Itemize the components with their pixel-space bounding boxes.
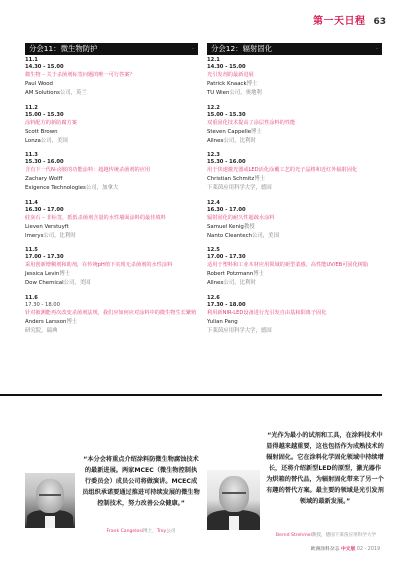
talk-number: 11.5 (25, 247, 198, 254)
talk-title: 含有下一代N-卤胺的功能涂料：超越传统杀菌剂的应用 (25, 166, 198, 175)
talk-number: 11.4 (25, 200, 198, 207)
org-location: 公司，比利时 (224, 138, 256, 144)
org-location: 下莱茵应用科学大学，德国 (207, 328, 272, 334)
talk-number: 11.6 (25, 295, 198, 302)
page-footer: 欧洲涂料杂志 中文版 02 - 2019 (311, 545, 380, 552)
talk-speaker: Scott Brown (25, 128, 198, 137)
photo-glasses (39, 494, 61, 496)
page-header: 第一天日程 63 (313, 12, 386, 27)
session-title-bar: 分会11：微生物防护 - (25, 43, 198, 55)
talk-title: 辐射固化的耐久性超疏水涂料 (207, 214, 382, 223)
talk-title: 适用于塑料和工业木材应用领域的新型柔感，高性能UV/EB可固化树脂 (207, 261, 382, 270)
talk-item: 12.1 14.30 - 15.00 光引发剂的最新进展 Patrick Kna… (207, 57, 382, 98)
talk-org: TU Wien公司，奥地利 (207, 89, 382, 98)
talk-time: 15.00 - 15.30 (25, 112, 198, 119)
org-location: 公司，英兰 (60, 90, 87, 96)
author-org-suffix: 公司 (166, 529, 175, 534)
talk-speaker: Lieven Verstuyft (25, 223, 198, 232)
speaker-title: 博士 (247, 81, 258, 87)
org-location: 公司，比利时 (224, 280, 256, 286)
talk-title: 双重固化技术提高了涂层性涂料的性能 (207, 119, 382, 128)
talk-number: 12.3 (207, 152, 382, 159)
talk-org: Lonza公司，美国 (25, 137, 198, 146)
talk-time: 14.30 - 15.00 (207, 64, 382, 71)
author-org: Troy (157, 529, 166, 534)
photo-shirt (229, 516, 239, 530)
speaker-name: Christian Schmitz (207, 176, 254, 182)
talk-title: 硅灰石 – 非标签，抵低杀菌剂含量的水性墙面涂料的最佳填料 (25, 214, 198, 223)
org-name: Nanto Cleantech (207, 233, 252, 239)
org-name: Lonza (25, 138, 41, 144)
speaker-title: 教授 (244, 224, 255, 230)
org-location: 公司，加拿大 (86, 185, 118, 191)
publication-name: 欧洲涂料杂志 (311, 547, 340, 552)
talk-speaker: Jessica Levin博士 (25, 270, 198, 279)
quote-text-strehmel: “光作为最小的试剂和工具，在涂料技术中显得越来越重要，这也包括作为成熟技术的辐射… (266, 430, 384, 507)
talk-speaker: Steven Cappelle博士 (207, 128, 382, 137)
talk-item: 12.4 16.30 - 17.00 辐射固化的耐久性超疏水涂料 Samuel … (207, 200, 382, 241)
author-name: Frank Cangelosi (107, 529, 143, 534)
org-location: 下莱茵应用科学大学，德国 (207, 185, 272, 191)
session-11-column: 分会11：微生物防护 - 11.1 14.30 - 15.00 微生物 – 关于… (25, 43, 198, 342)
talk-title: 光引发剂的最新进展 (207, 71, 382, 80)
speaker-name: Robert Potzmann (207, 271, 253, 277)
talk-time: 16.30 - 17.00 (207, 207, 382, 214)
speaker-name: Paul Wood (25, 81, 53, 87)
talk-title: 采用创新增稠剂和助剂，在传统pH值下实现无杀菌剂的水性涂料 (25, 261, 198, 270)
talk-speaker: Anders Larsson博士 (25, 318, 198, 327)
section-title: 第一天日程 (313, 12, 366, 27)
talk-item: 11.1 14.30 - 15.00 微生物 – 关于杀菌剂标签问题的唯一可行答… (25, 57, 198, 98)
talk-speaker: Robert Potzmann博士 (207, 270, 382, 279)
edition-label: 中文版 (341, 547, 355, 552)
talk-org: AM Solutions公司，英兰 (25, 89, 198, 98)
org-name: Imerys (25, 233, 43, 239)
speaker-name: Jessica Levin (25, 271, 59, 277)
talk-number: 12.4 (207, 200, 382, 207)
talk-item: 11.5 17.00 - 17.30 采用创新增稠剂和助剂，在传统pH值下实现无… (25, 247, 198, 288)
speaker-photo-cangelosi (25, 473, 75, 528)
talk-org: Allnex公司，比利时 (207, 137, 382, 146)
talk-org: Imerys公司，比利时 (25, 232, 198, 241)
talk-time: 17.30 - 18.00 (207, 302, 382, 309)
talk-org: Nanto Cleantech公司，美国 (207, 232, 382, 241)
issue-number: 02 - 2019 (357, 547, 380, 552)
talk-speaker: Yulian Pang (207, 318, 382, 327)
talk-number: 12.1 (207, 57, 382, 64)
talk-item: 12.2 15.00 - 15.30 双重固化技术提高了涂层性涂料的性能 Ste… (207, 105, 382, 146)
speaker-title: 博士 (253, 271, 264, 277)
talk-speaker: Patrick Knaack博士 (207, 80, 382, 89)
quote-text-cangelosi: “本分会将重点介绍涂料防微生物腐蚀技术的最新进展。两家MCEC（微生物控制执行委… (82, 454, 200, 509)
talk-number: 12.5 (207, 247, 382, 254)
org-location: 公司，奥地利 (229, 90, 261, 96)
author-title: 博士， (143, 529, 157, 534)
talk-number: 11.1 (25, 57, 198, 64)
bar-marker: - (192, 45, 194, 53)
talk-time: 14.30 - 15.00 (25, 64, 198, 71)
speaker-name: Patrick Knaack (207, 81, 247, 87)
speaker-title: 博士 (251, 129, 262, 135)
talk-title: 用于快速激光器或LED活化涂覆工艺的光子晶格和近红外辐射固化 (207, 166, 382, 175)
talk-item: 12.6 17.30 - 18.00 利用新NIR-LED设备进行光引发自由基和… (207, 295, 382, 336)
talk-title: 针对被测能再次改变杀菌剂法规，我们应如何应对涂料中的微生物生长繁殖 (25, 309, 198, 318)
speaker-photo-strehmel (207, 470, 260, 530)
org-location: 研究院，瑞典 (25, 328, 57, 334)
talk-title: 微生物 – 关于杀菌剂标签问题的唯一可行答案？ (25, 71, 198, 80)
speaker-name: Yulian Pang (207, 319, 238, 325)
speaker-name: Zachary Wolff (25, 176, 62, 182)
session-title-bar: 分会12：辐射固化 - (207, 43, 382, 55)
speaker-title: 博士 (254, 176, 265, 182)
talk-item: 11.2 15.00 - 15.30 涂料配方的新防腐方案 Scott Brow… (25, 105, 198, 146)
talk-org: Exigence Technologies公司，加拿大 (25, 184, 198, 193)
talk-speaker: Paul Wood (25, 80, 198, 89)
talk-item: 11.6 17.30 - 18.00 针对被测能再次改变杀菌剂法规，我们应如何应… (25, 295, 198, 336)
speaker-name: Lieven Verstuyft (25, 224, 69, 230)
photo-head (219, 476, 249, 512)
session-title: 分会12：辐射固化 (211, 45, 272, 53)
org-location: 公司，美国 (252, 233, 279, 239)
org-name: AM Solutions (25, 90, 60, 96)
org-name: Exigence Technologies (25, 185, 86, 191)
talk-item: 11.4 16.30 - 17.00 硅灰石 – 非标签，抵低杀菌剂含量的水性墙… (25, 200, 198, 241)
author-org-suffix: 德国下莱茵应用科学大学 (326, 533, 377, 538)
talk-org: 下莱茵应用科学大学，德国 (207, 184, 382, 193)
quote-attribution-cangelosi: Frank Cangelosi博士，Troy公司 (82, 528, 200, 534)
talk-title: 利用新NIR-LED设备进行光引发自由基和阳离子固化 (207, 309, 382, 318)
talk-item: 12.3 15.30 - 16.00 用于快速激光器或LED活化涂覆工艺的光子晶… (207, 152, 382, 193)
bar-marker: - (376, 45, 378, 53)
author-title: 教授， (312, 533, 326, 538)
photo-shirt (45, 516, 55, 528)
talk-number: 12.6 (207, 295, 382, 302)
talk-org: Dow Chemical公司，美国 (25, 279, 198, 288)
talk-title: 涂料配方的新防腐方案 (25, 119, 198, 128)
talk-time: 15.00 - 15.30 (207, 112, 382, 119)
talk-time: 17.00 - 17.30 (25, 254, 198, 261)
quote-attribution-strehmel: Bernd Strehmel教授，德国下莱茵应用科学大学 (266, 532, 386, 538)
talk-speaker: Zachary Wolff (25, 175, 198, 184)
talk-speaker: Samuel Kenig教授 (207, 223, 382, 232)
speaker-name: Steven Cappelle (207, 129, 251, 135)
org-name: Allnex (207, 138, 224, 144)
talk-item: 12.5 17.00 - 17.30 适用于塑料和工业木材应用领域的新型柔感，高… (207, 247, 382, 288)
talk-item: 11.3 15.30 - 16.00 含有下一代N-卤胺的功能涂料：超越传统杀菌… (25, 152, 198, 193)
author-name: Bernd Strehmel (276, 533, 312, 538)
talk-time: 15.30 - 16.00 (25, 159, 198, 166)
talk-time: 15.30 - 16.00 (207, 159, 382, 166)
talk-speaker: Christian Schmitz博士 (207, 175, 382, 184)
speaker-name: Scott Brown (25, 129, 58, 135)
speaker-name: Anders Larsson (25, 319, 66, 325)
org-name: Allnex (207, 280, 224, 286)
session-title: 分会11：微生物防护 (29, 45, 98, 53)
org-name: Dow Chemical (25, 280, 64, 286)
photo-head (36, 479, 64, 513)
speaker-title: 博士 (66, 319, 77, 325)
session-12-column: 分会12：辐射固化 - 12.1 14.30 - 15.00 光引发剂的最新进展… (207, 43, 382, 342)
speaker-name: Samuel Kenig (207, 224, 244, 230)
talk-org: 研究院，瑞典 (25, 327, 198, 336)
talk-time: 16.30 - 17.00 (25, 207, 198, 214)
talk-org: 下莱茵应用科学大学，德国 (207, 327, 382, 336)
speaker-title: 博士 (59, 271, 70, 277)
page-number: 63 (373, 17, 386, 27)
talk-time: 17.00 - 17.30 (207, 254, 382, 261)
talk-time: 17.30 - 18.00 (25, 302, 198, 309)
talk-number: 11.3 (25, 152, 198, 159)
talk-number: 11.2 (25, 105, 198, 112)
photo-glasses (222, 492, 246, 494)
org-location: 公司，美国 (41, 138, 68, 144)
talk-number: 12.2 (207, 105, 382, 112)
org-name: TU Wien (207, 90, 229, 96)
talk-org: Allnex公司，比利时 (207, 279, 382, 288)
org-location: 公司，美国 (64, 280, 91, 286)
section-divider (0, 394, 382, 396)
org-location: 公司，比利时 (43, 233, 75, 239)
